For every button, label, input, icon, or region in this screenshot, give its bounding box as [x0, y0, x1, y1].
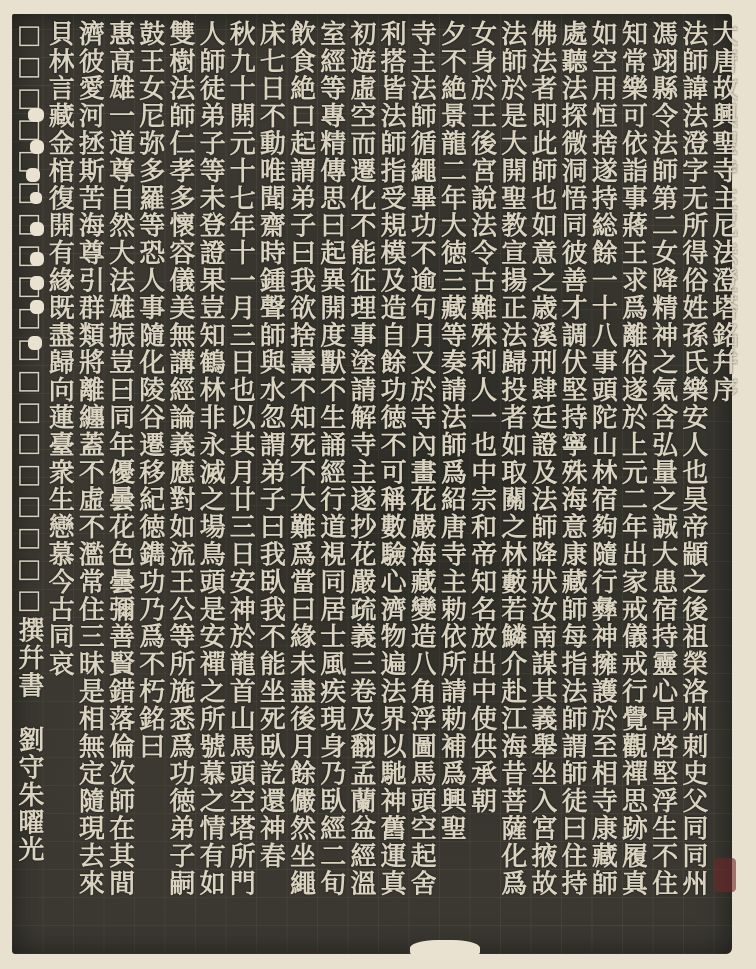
text-column-20: 鼓王女尼弥多羅等恐人事隨化陵谷遷移紀徳鐫功乃爲不朽銘曰: [135, 20, 165, 950]
red-seal-mark: [714, 858, 736, 892]
text-column-16: 床七日不動唯聞齋時鍾聲師與水忽謂弟子曰我臥我不能坐死臥訖還神春: [255, 20, 285, 950]
text-column-10: 夕不絶景龍二年大徳三藏等奏請法師爲紹唐寺主勅依所請勅補爲興聖: [436, 20, 466, 950]
text-column-9: 女身於王後宮說法令古難殊利人一也中宗和帝知名放出中使供承朝: [466, 20, 496, 950]
text-column-14: 室經等專精傳思曰起異開度獸不生誦經行道視同居士風疾現身乃臥經二旬: [316, 20, 346, 950]
damage-spot: [30, 252, 44, 266]
text-column-15: 飲食絶口起謂弟子曰我欲捨壽不知死不大難爲當曰緣未盡後月餘儼然坐繩: [285, 20, 315, 950]
text-column-12: 利搭皆法師指受規模及造自餘功徳不可稱數驗心濟物遍法界以馳神舊運真: [376, 20, 406, 950]
text-column-4: 知常樂可依詣事蔣王求爲離俗遂於上元二年出家戒儀戒行覺觀禪思跡履真: [617, 20, 647, 950]
text-column-7: 佛法者即此師也如意之歳溪刑肆廷證及法師降狀汝南謀其義舉坐入宮掖故: [527, 20, 557, 950]
text-column-21: 惠高雄一道尊自然大法雄振豈曰同年優曇花色曇彌善賢錯落倫次師在其間: [104, 20, 134, 950]
text-column-5: 如空用恒捨遂持総餘一十八事頭陀山林宿夠隨行彝神擁護於至相寺康藏師: [587, 20, 617, 950]
text-column-18: 人師徒弟子等未登證果豈知鶴林非永滅之場鳥頭是安禪之所號慕之情有如: [195, 20, 225, 950]
damage-spot: [28, 336, 42, 350]
inscription-text: 大唐故興聖寺主尼法澄塔銘幷序 法師諱法澄字无所得俗姓孫氏樂安人也昊帝顓之後祖榮洛…: [14, 20, 738, 950]
text-column-8: 法師於是大開聖教宣揚正法歸投者如取關之林藪若鱗介赴江海昔菩薩化爲: [497, 20, 527, 950]
damage-spot: [30, 300, 44, 314]
damage-spot: [410, 940, 480, 960]
text-column-23: 貝林言藏金棺復開有緣既盡歸向蓮臺衆生戀慕今古同哀: [44, 20, 74, 950]
text-column-3: 馮翊縣令法師第二女降精神之氣含弘量之誠大患宿持靈心早啓堅浮生不住: [647, 20, 677, 950]
text-column-24: □□□□□□□□□□□□□□□□□□□撰幷書 劉守朱曜光: [14, 20, 44, 950]
text-column-11: 寺主法師循繩畢功不逾句月又於寺內畫花嚴海藏變造八角浮圖馬頭空起舍: [406, 20, 436, 950]
text-column-22: 濟彼愛河拯斯苦海尊引群類將離纏蓋不虛不濫常住三昧是相無定隨現去來: [74, 20, 104, 950]
damage-spot: [30, 222, 44, 236]
text-column-2: 法師諱法澄字无所得俗姓孫氏樂安人也昊帝顓之後祖榮洛州刺史父同同州: [678, 20, 708, 950]
damage-spot: [26, 168, 40, 182]
text-column-19: 雙樹法師仁孝多懷容儀美無講經論義應對如流王公等所施悉爲功徳弟子嗣: [165, 20, 195, 950]
text-column-1: 大唐故興聖寺主尼法澄塔銘幷序: [708, 20, 738, 950]
text-column-17: 秋九十開元十七年十一月三日也以其月廿三日安神於龍首山馬頭空塔所門: [225, 20, 255, 950]
damage-spot: [30, 192, 42, 204]
damage-spot: [28, 108, 44, 122]
text-column-6: 處聽法探微洞悟同彼善才調伏堅持寧殊海意康藏師每指法師謂師徒曰住持: [557, 20, 587, 950]
damage-spot: [30, 276, 44, 290]
text-column-13: 初遊虛空而遷化不能征理事塗請解寺主遂抄花嚴疏義三卷及翻孟蘭盆經溫: [346, 20, 376, 950]
damage-spot: [30, 140, 44, 154]
